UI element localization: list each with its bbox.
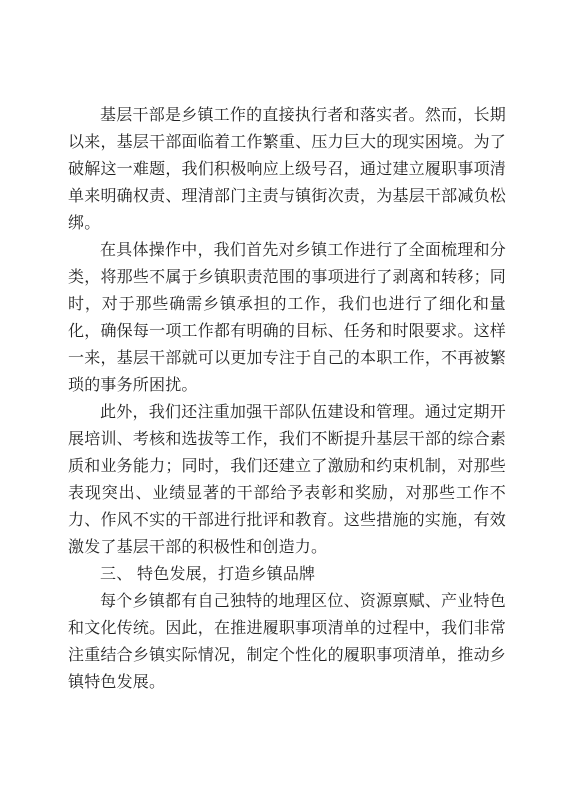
paragraph-township-characteristics: 每个乡镇都有自己独特的地理区位、资源禀赋、产业特色和文化传统。因此，在推进履职事… (68, 588, 506, 696)
paragraph-cadre-team-building: 此外，我们还注重加强干部队伍建设和管理。通过定期开展培训、考核和选拔等工作，我们… (68, 399, 506, 561)
paragraph-intro-grassroots-cadres: 基层干部是乡镇工作的直接执行者和落实者。然而，长期以来，基层干部面临着工作繁重、… (68, 102, 506, 237)
paragraph-specific-operations: 在具体操作中，我们首先对乡镇工作进行了全面梳理和分类，将那些不属于乡镇职责范围的… (68, 237, 506, 399)
document-page: 基层干部是乡镇工作的直接执行者和落实者。然而，长期以来，基层干部面临着工作繁重、… (0, 0, 570, 807)
section-heading-three: 三、 特色发展，打造乡镇品牌 (68, 561, 506, 588)
document-body: 基层干部是乡镇工作的直接执行者和落实者。然而，长期以来，基层干部面临着工作繁重、… (68, 102, 506, 696)
